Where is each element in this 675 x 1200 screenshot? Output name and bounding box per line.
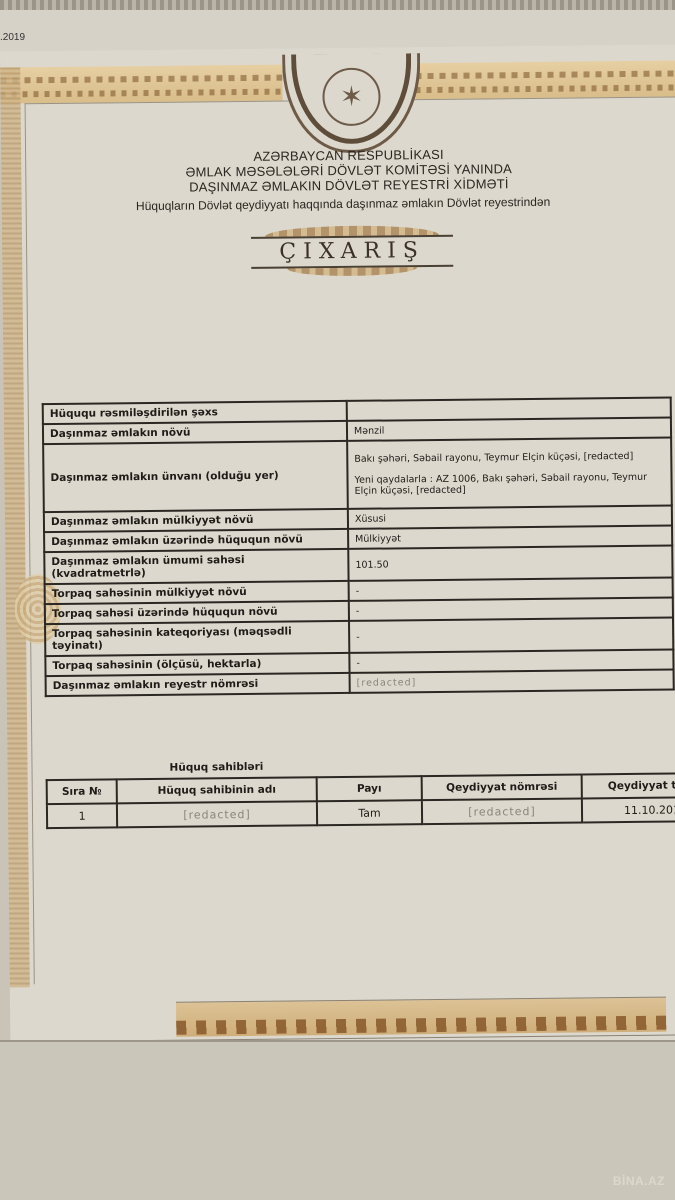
property-table: Hüququ rəsmiləşdirilən şəxs Daşınmaz əml… — [42, 397, 675, 698]
title-ornament-bottom-icon — [287, 267, 417, 276]
row-value: Bakı şəhəri, Səbail rayonu, Teymur Elçin… — [347, 438, 672, 509]
column-header: Sıra № — [47, 779, 117, 804]
address-current: Bakı şəhəri, Səbail rayonu, Teymur Elçin… — [354, 450, 664, 464]
row-value: - — [349, 618, 673, 653]
owners-caption: Hüquq sahibləri — [169, 761, 263, 774]
document-title: ÇIXARIŞ — [247, 237, 457, 267]
document-title-block: ÇIXARIŞ — [247, 225, 458, 283]
extract-document: ✶ AZƏRBAYCAN RESPUBLİKASI ƏMLAK MƏSƏLƏLƏ… — [0, 44, 675, 1161]
state-emblem-icon: ✶ — [322, 68, 381, 127]
registration-date: 11.10.2019 — [582, 797, 675, 823]
row-label: Daşınmaz əmlakın reyestr nömrəsi — [46, 673, 350, 696]
ornamental-border-top-right — [415, 60, 675, 99]
previous-page-date: .2019 — [0, 32, 25, 43]
address-new: Yeni qaydalarla : AZ 1006, Bakı şəhəri, … — [354, 471, 664, 496]
owner-number: 1 — [47, 803, 117, 828]
owners-table: Sıra № Hüquq sahibinin adı Payı Qeydiyya… — [46, 772, 675, 829]
column-header: Hüquq sahibinin adı — [117, 777, 317, 803]
ornamental-border-top-left — [0, 65, 282, 104]
owner-name: [redacted] — [117, 801, 317, 827]
lower-page — [0, 1040, 675, 1200]
row-value: [redacted] — [350, 670, 674, 693]
ornamental-border-bottom — [176, 997, 666, 1037]
table-row: Daşınmaz əmlakın ünvanı (olduğu yer) Bak… — [43, 438, 672, 513]
column-header: Qeydiyyat nömrəsi — [422, 774, 582, 800]
row-label: Daşınmaz əmlakın ümumi sahəsi (kvadratme… — [44, 549, 348, 584]
owner-share: Tam — [317, 800, 422, 825]
watermark: BİNA.AZ — [613, 1174, 665, 1188]
row-value: 101.50 — [348, 546, 672, 581]
registration-number: [redacted] — [422, 798, 582, 824]
column-header: Payı — [317, 776, 422, 801]
row-label: Torpaq sahəsinin kateqoriyası (məqsədli … — [45, 621, 349, 656]
column-header: Qeydiyyat tarixi — [582, 773, 675, 799]
row-label: Daşınmaz əmlakın ünvanı (olduğu yer) — [43, 441, 348, 512]
document-header: AZƏRBAYCAN RESPUBLİKASI ƏMLAK MƏSƏLƏLƏRİ… — [1, 144, 675, 214]
